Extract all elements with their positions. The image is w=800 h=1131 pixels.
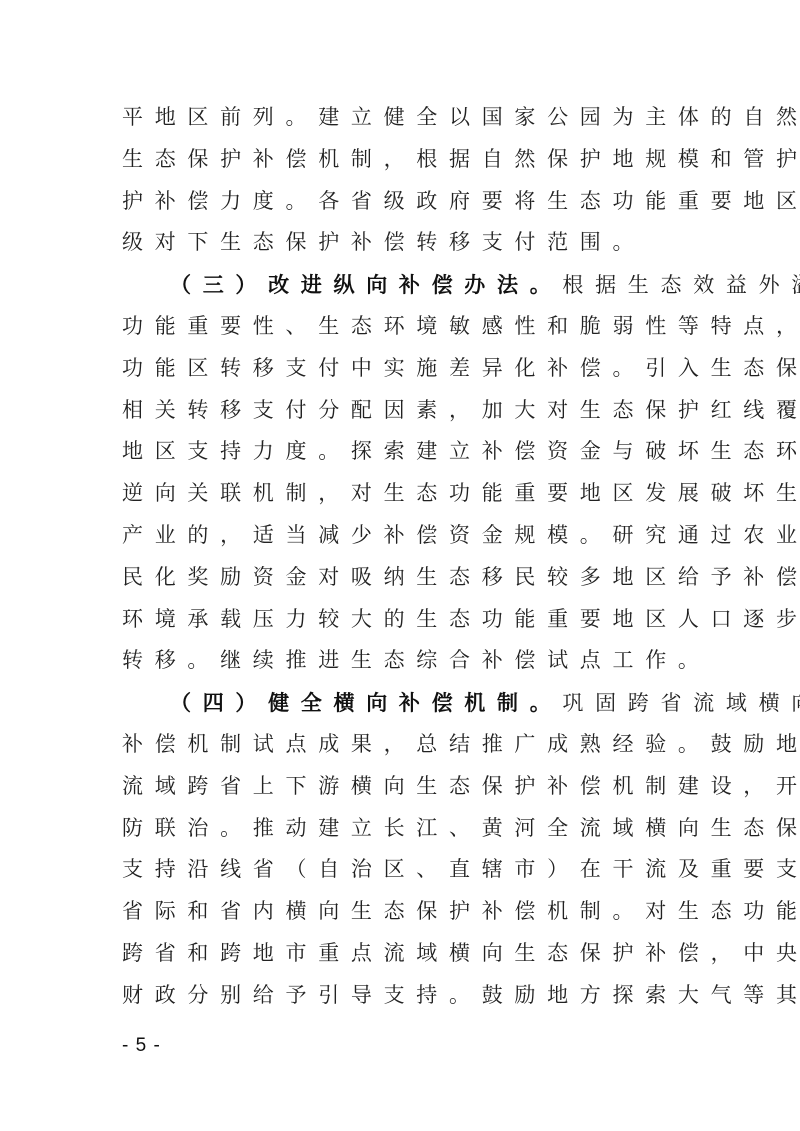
text-line: 功能重要性、生态环境敏感性和脆弱性等特点，在重点生态 bbox=[122, 306, 682, 348]
page-number: - 5 - bbox=[122, 1035, 161, 1057]
text-line: 地区支持力度。探索建立补偿资金与破坏生态环境相关产业 bbox=[122, 431, 682, 473]
text-line: 相关转移支付分配因素，加大对生态保护红线覆盖比例较高 bbox=[122, 390, 682, 432]
text-line: 省际和省内横向生态保护补偿机制。对生态功能特别重要的 bbox=[122, 891, 682, 933]
text-line: 民化奖励资金对吸纳生态移民较多地区给予补偿，引导资源 bbox=[122, 557, 682, 599]
text-line: 平地区前列。建立健全以国家公园为主体的自然保护地体系 bbox=[122, 97, 682, 139]
text-line: 转移。继续推进生态综合补偿试点工作。 bbox=[122, 640, 682, 682]
text-line: 环境承载压力较大的生态功能重要地区人口逐步有序向外 bbox=[122, 599, 682, 641]
text-line: 功能区转移支付中实施差异化补偿。引入生态保护红线作为 bbox=[122, 348, 682, 390]
text-line: 跨省和跨地市重点流域横向生态保护补偿，中央财政和省级 bbox=[122, 933, 682, 975]
paragraph-section-3: （三）改进纵向补偿办法。根据生态效益外溢性、生态 功能重要性、生态环境敏感性和脆… bbox=[122, 264, 682, 682]
document-page: 平地区前列。建立健全以国家公园为主体的自然保护地体系 生态保护补偿机制，根据自然… bbox=[0, 0, 800, 1131]
text-line: 护补偿力度。各省级政府要将生态功能重要地区全面纳入省 bbox=[122, 181, 682, 223]
text-line: 补偿机制试点成果，总结推广成熟经验。鼓励地方加快重点 bbox=[122, 724, 682, 766]
section-heading-4: （四）健全横向补偿机制。 bbox=[170, 690, 562, 715]
section-heading-3: （三）改进纵向补偿办法。 bbox=[170, 272, 562, 297]
text-line: 财政分别给予引导支持。鼓励地方探索大气等其他生态环境 bbox=[122, 975, 682, 1017]
text-line: 流域跨省上下游横向生态保护补偿机制建设，开展跨区域联 bbox=[122, 766, 682, 808]
text-line: 级对下生态保护补偿转移支付范围。 bbox=[122, 222, 682, 264]
text-line: 生态保护补偿机制，根据自然保护地规模和管护成效加大保 bbox=[122, 139, 682, 181]
text-run: 巩固跨省流域横向生态保护 bbox=[562, 691, 800, 715]
document-body: 平地区前列。建立健全以国家公园为主体的自然保护地体系 生态保护补偿机制，根据自然… bbox=[122, 97, 682, 1017]
paragraph-section-4: （四）健全横向补偿机制。巩固跨省流域横向生态保护 补偿机制试点成果，总结推广成熟… bbox=[122, 682, 682, 1016]
text-run: 根据生态效益外溢性、生态 bbox=[562, 273, 800, 297]
text-line: 防联治。推动建立长江、黄河全流域横向生态保护补偿机制， bbox=[122, 808, 682, 850]
paragraph-continuation: 平地区前列。建立健全以国家公园为主体的自然保护地体系 生态保护补偿机制，根据自然… bbox=[122, 97, 682, 264]
text-line: （四）健全横向补偿机制。巩固跨省流域横向生态保护 bbox=[122, 682, 682, 724]
text-line: 支持沿线省（自治区、直辖市）在干流及重要支流自主建立 bbox=[122, 849, 682, 891]
text-line: 产业的，适当减少补偿资金规模。研究通过农业转移人口市 bbox=[122, 515, 682, 557]
text-line: （三）改进纵向补偿办法。根据生态效益外溢性、生态 bbox=[122, 264, 682, 306]
text-line: 逆向关联机制，对生态功能重要地区发展破坏生态环境相关 bbox=[122, 473, 682, 515]
